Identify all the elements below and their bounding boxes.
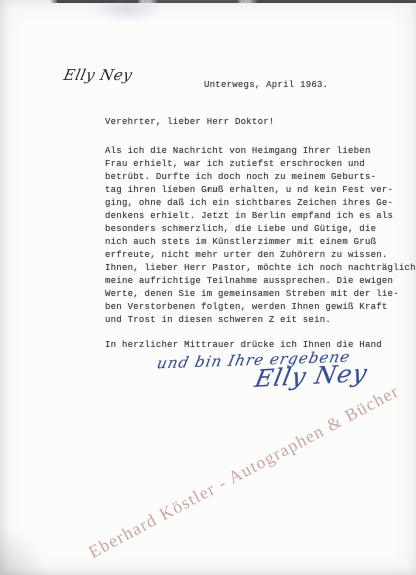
dealer-watermark: Eberhard Köstler - Autographen & Bücher xyxy=(85,381,403,563)
letter-line: denkens erhielt. Jetzt in Berlin empfand… xyxy=(105,210,416,223)
letter-line: tag ihren lieben Gruß erhalten, u nd kei… xyxy=(105,184,416,197)
letter-line: Ihnen, lieber Herr Pastor, möchte ich no… xyxy=(105,262,416,275)
letter-body: Als ich die Nachricht von Heimgang Ihrer… xyxy=(105,145,416,327)
letter-line: und Trost in diesen schweren Z eit sein. xyxy=(105,314,416,327)
letter-line: Frau erhielt, war ich zutiefst erschrock… xyxy=(105,158,416,171)
salutation: Verehrter, lieber Herr Doktor! xyxy=(105,117,275,127)
scan-top-edge xyxy=(0,0,416,3)
letter-line: nich auch stets im Künstlerzimmer mit ei… xyxy=(105,236,416,249)
letter-line: betrübt. Durfte ich doch noch zu meinem … xyxy=(105,171,416,184)
scanned-letter-page: Elly Ney Unterwegs, April 1963. Verehrte… xyxy=(0,0,416,575)
letter-line: erfreute, nicht mehr urter den Zuhörern … xyxy=(105,249,416,262)
letter-line: besonders schmerzlich, die Liebe und Güt… xyxy=(105,223,416,236)
letter-line: Werte, denen Sie im gemeinsamen Streben … xyxy=(105,288,416,301)
dateline: Unterwegs, April 1963. xyxy=(204,80,328,90)
letter-line: ben Verstorbenen folgten, werden Ihnen g… xyxy=(105,301,416,314)
signature-elly-ney: Elly Ney xyxy=(253,359,371,393)
ink-smudge xyxy=(90,0,164,22)
letterhead-elly-ney: Elly Ney xyxy=(62,66,134,84)
letter-line: Als ich die Nachricht von Heimgang Ihrer… xyxy=(105,145,416,158)
letter-line: ging, ohne daß ich ein sichtbares Zeiche… xyxy=(105,197,416,210)
handwritten-insertion: mir xyxy=(205,186,219,195)
letter-line: meine aufrichtige Teilnahme aussprechen.… xyxy=(105,275,416,288)
scan-corner-shadow xyxy=(0,529,46,575)
